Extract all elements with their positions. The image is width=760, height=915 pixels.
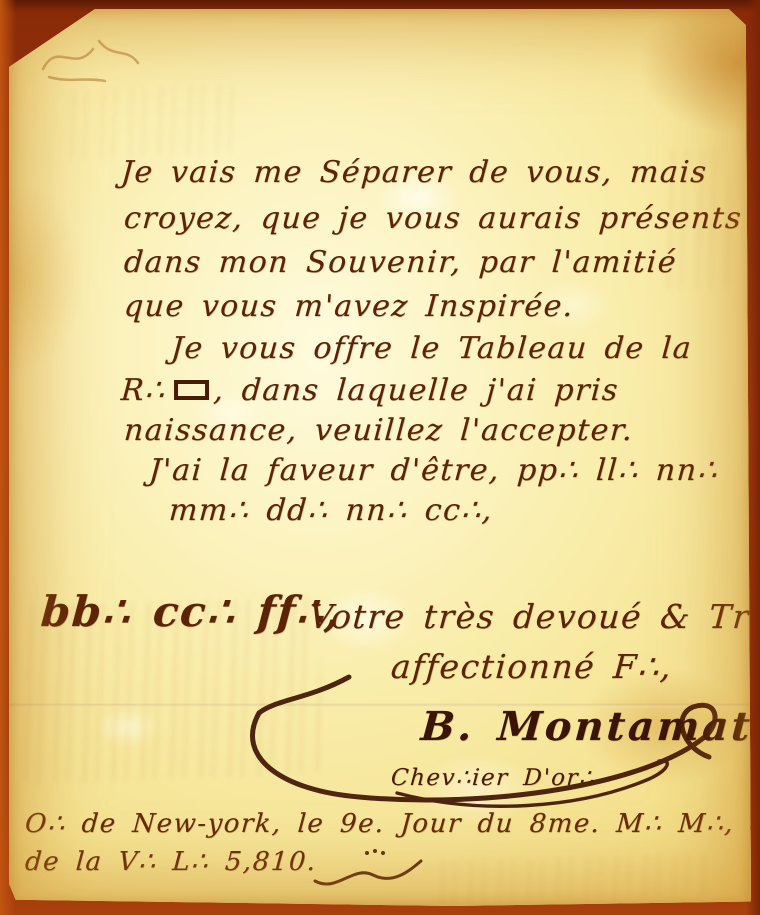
letter-line: J'ai la faveur d'être, pp∴ ll∴ nn∴ bbox=[148, 453, 720, 488]
faint-corner-mark bbox=[35, 27, 145, 87]
oblong-square-icon bbox=[174, 380, 209, 400]
photo-background: Je vais me Séparer de vous, mais croyez,… bbox=[0, 0, 760, 915]
letter-line-segment: , dans laquelle j'ai pris bbox=[212, 373, 620, 408]
letter-line: que vous m'avez Inspirée. bbox=[123, 289, 575, 324]
letter-line: naissance, veuillez l'accepter. bbox=[123, 413, 635, 448]
letter-line: Je vais me Séparer de vous, mais bbox=[120, 155, 709, 190]
letter-line: dans mon Souvenir, par l'amitié bbox=[123, 245, 678, 280]
valediction-line-1: Votre très devoué & Très bbox=[308, 597, 760, 636]
valediction-line-2: affectionné F∴, bbox=[390, 647, 674, 686]
ink-bleed-ghost bbox=[428, 852, 709, 904]
ink-bleed-ghost bbox=[60, 84, 242, 160]
signature-name: B. Montamat bbox=[419, 703, 754, 750]
letter-line-segment: R∴ bbox=[120, 373, 167, 408]
signature-title: Chev∴ier D'or∴ bbox=[390, 765, 596, 791]
letter-paper: Je vais me Séparer de vous, mais croyez,… bbox=[9, 9, 751, 906]
letter-line: croyez, que je vous aurais présents bbox=[123, 201, 744, 236]
date-paraph-flourish bbox=[309, 845, 429, 895]
letter-line: R∴, dans laquelle j'ai pris bbox=[120, 373, 620, 408]
closing-abbreviations: bb∴ cc∴ ff∴, bbox=[39, 587, 342, 636]
dateline-line-1: O∴ de New-york, le 9e. Jour du 8me. M∴ M… bbox=[24, 809, 760, 839]
letter-line: Je vous offre le Tableau de la bbox=[170, 331, 694, 366]
dateline-line-2: de la V∴ L∴ 5,810. bbox=[24, 847, 318, 877]
letter-line: mm∴ dd∴ nn∴ cc∴, bbox=[168, 493, 494, 528]
